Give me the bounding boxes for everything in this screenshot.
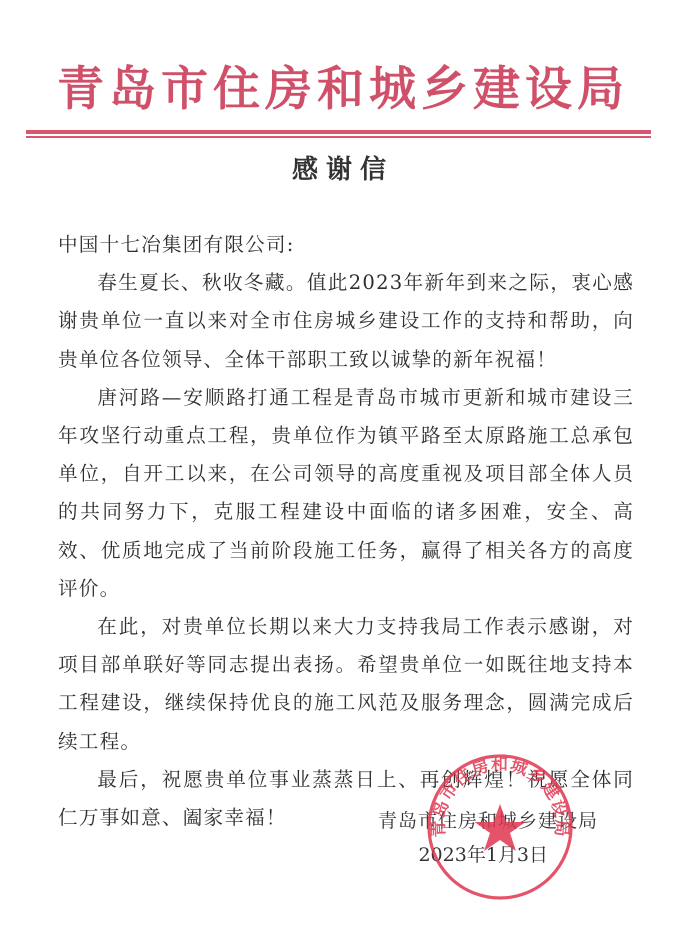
star-icon bbox=[475, 804, 526, 851]
salutation: 中国十七冶集团有限公司: bbox=[58, 226, 634, 264]
letter-body: 中国十七冶集团有限公司: 春生夏长、秋收冬藏。值此2023年新年到来之际，衷心感… bbox=[58, 226, 634, 837]
letterhead-divider-thick bbox=[26, 130, 651, 134]
letterhead-org-name: 青岛市住房和城乡建设局 bbox=[0, 60, 686, 120]
letterhead-divider-thin bbox=[26, 136, 651, 138]
document-title: 感谢信 bbox=[0, 150, 686, 190]
paragraph-commendation: 在此，对贵单位长期以来大力支持我局工作表示感谢，对项目部单联好等同志提出表扬。希… bbox=[58, 608, 634, 761]
paragraph-greeting: 春生夏长、秋收冬藏。值此2023年新年到来之际，衷心感谢贵单位一直以来对全市住房… bbox=[58, 264, 634, 379]
official-seal: 青岛市住房和城乡建设局 bbox=[425, 752, 575, 902]
paragraph-project: 唐河路—安顺路打通工程是青岛市城市更新和城市建设三年攻坚行动重点工程，贵单位作为… bbox=[58, 379, 634, 608]
